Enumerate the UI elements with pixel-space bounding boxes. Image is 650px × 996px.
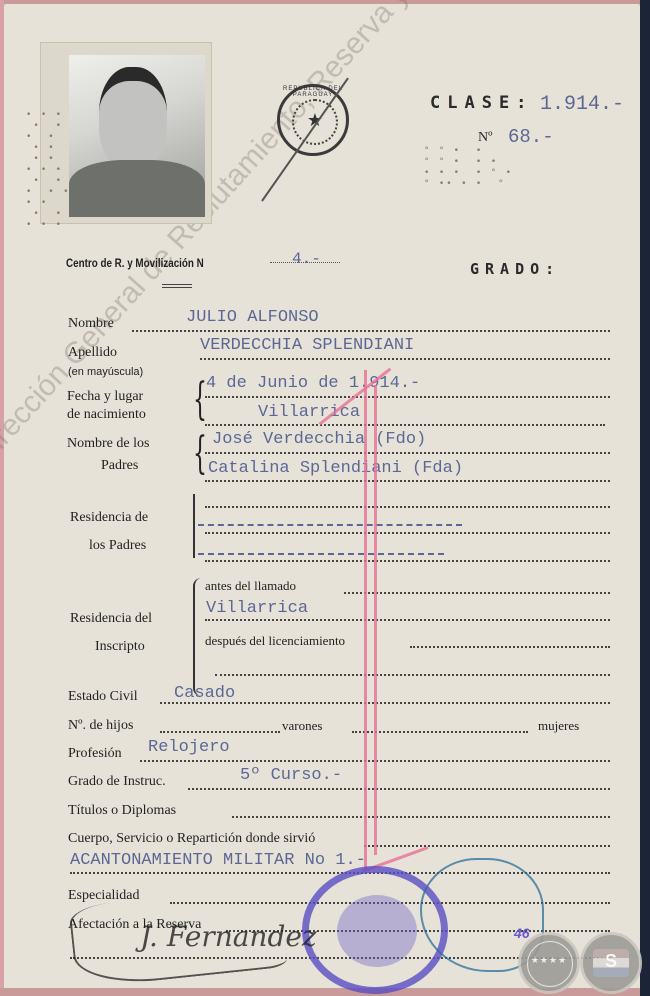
apellido-sublabel: (en mayúscula) (68, 366, 143, 378)
stars-icon: ★★★★ (521, 955, 577, 966)
nombre-dots (132, 330, 610, 332)
antes-value: Villarrica (206, 599, 308, 618)
despues-label: después del licenciamiento (205, 633, 345, 649)
antes-dots (344, 592, 610, 594)
brace (193, 494, 201, 558)
portrait-uniform (69, 160, 205, 217)
hijos-label: Nº. de hijos (68, 718, 133, 734)
red-pencil-mark (364, 370, 367, 870)
fecha-dots (205, 396, 610, 398)
cuerpo-dots (364, 845, 610, 847)
grado-instruc-dots (188, 788, 610, 790)
residencia-inscripto-label-2: Inscripto (95, 639, 145, 655)
portrait-image (69, 55, 205, 217)
padres-label-2: Padres (101, 458, 138, 474)
mujeres-label: mujeres (538, 718, 579, 734)
apellido-label: Apellido (68, 345, 117, 361)
residencia-padres-dots (205, 506, 610, 508)
estado-civil-label: Estado Civil (68, 689, 138, 705)
madre-value: Catalina Splendiani (Fda) (208, 459, 463, 478)
signature: J. Fernandez (140, 920, 317, 953)
antes-label: antes del llamado (205, 578, 296, 594)
police-stars-badge-icon: ★★★★ (518, 932, 580, 994)
struck-line (198, 553, 444, 555)
number-label: Nº (478, 130, 492, 146)
nacimiento-label-2: de nacimiento (67, 407, 146, 423)
number-value: 68.- (508, 126, 554, 148)
struck-line (198, 524, 462, 526)
clase-label: CLASE: (430, 93, 533, 113)
lugar-dots (205, 424, 605, 426)
residencia-padres-dots (205, 560, 610, 562)
background-right (640, 0, 650, 996)
red-pencil-mark (374, 385, 377, 855)
brace: { (193, 378, 207, 422)
centro-underline (162, 284, 192, 288)
fecha-value: 4 de Junio de 1.914.- (206, 374, 420, 393)
cuerpo-value: ACANTONAMIENTO MILITAR No 1.- (70, 851, 366, 870)
padres-label-1: Nombre de los (67, 436, 149, 452)
centro-value: 4.- (292, 250, 321, 268)
hijos-dots (160, 731, 280, 733)
brace: { (193, 432, 207, 476)
badge-symbol: S (583, 951, 639, 972)
perforation-dots: ° ° • • ° ° • • • • • • • ° • ° •• • • ° (424, 146, 513, 190)
padre-value: José Verdecchia (Fdo) (212, 430, 426, 449)
despues-dots (410, 646, 610, 648)
cuerpo-label: Cuerpo, Servicio o Repartición donde sir… (68, 831, 315, 847)
grado-instruc-label: Grado de Instruc. (68, 774, 166, 790)
grado-instruc-value: 5º Curso.- (240, 766, 342, 785)
profesion-label: Profesión (68, 746, 122, 762)
national-seal: REPUBLICA DEL PARAGUAY ★ (277, 84, 349, 156)
nacimiento-label-1: Fecha y lugar (67, 389, 143, 405)
antes-value-dots (205, 619, 610, 621)
grado-label: GRADO: (470, 260, 560, 278)
perforation-dots: • • • • • • • • • • • • • • • • • • • • … (26, 110, 71, 231)
profesion-value: Relojero (148, 738, 230, 757)
nombre-label: Nombre (68, 316, 114, 332)
residencia-padres-dots (205, 532, 610, 534)
padre-dots (205, 452, 610, 454)
varones-dots (352, 731, 528, 733)
residencia-inscripto-label-1: Residencia del (70, 611, 152, 627)
titulos-label: Títulos o Diplomas (68, 803, 176, 819)
residencia-padres-label-1: Residencia de (70, 510, 148, 526)
brace (193, 578, 201, 696)
stamp-center (337, 895, 417, 967)
estado-civil-value: Casado (174, 684, 235, 703)
varones-label: varones (282, 718, 322, 734)
madre-dots (205, 480, 610, 482)
centro-label: Centro de R. y Movilización N (66, 256, 204, 270)
apellido-value: VERDECCHIA SPLENDIANI (200, 336, 414, 355)
nombre-value: JULIO ALFONSO (186, 308, 319, 327)
residencia-padres-label-2: los Padres (89, 538, 146, 554)
clase-value: 1.914.- (540, 93, 624, 116)
paraguay-flag-badge-icon: S (580, 932, 642, 994)
titulos-dots (232, 816, 610, 818)
apellido-dots (200, 358, 610, 360)
portrait-head (99, 67, 167, 169)
despues-dots-2 (215, 674, 610, 676)
